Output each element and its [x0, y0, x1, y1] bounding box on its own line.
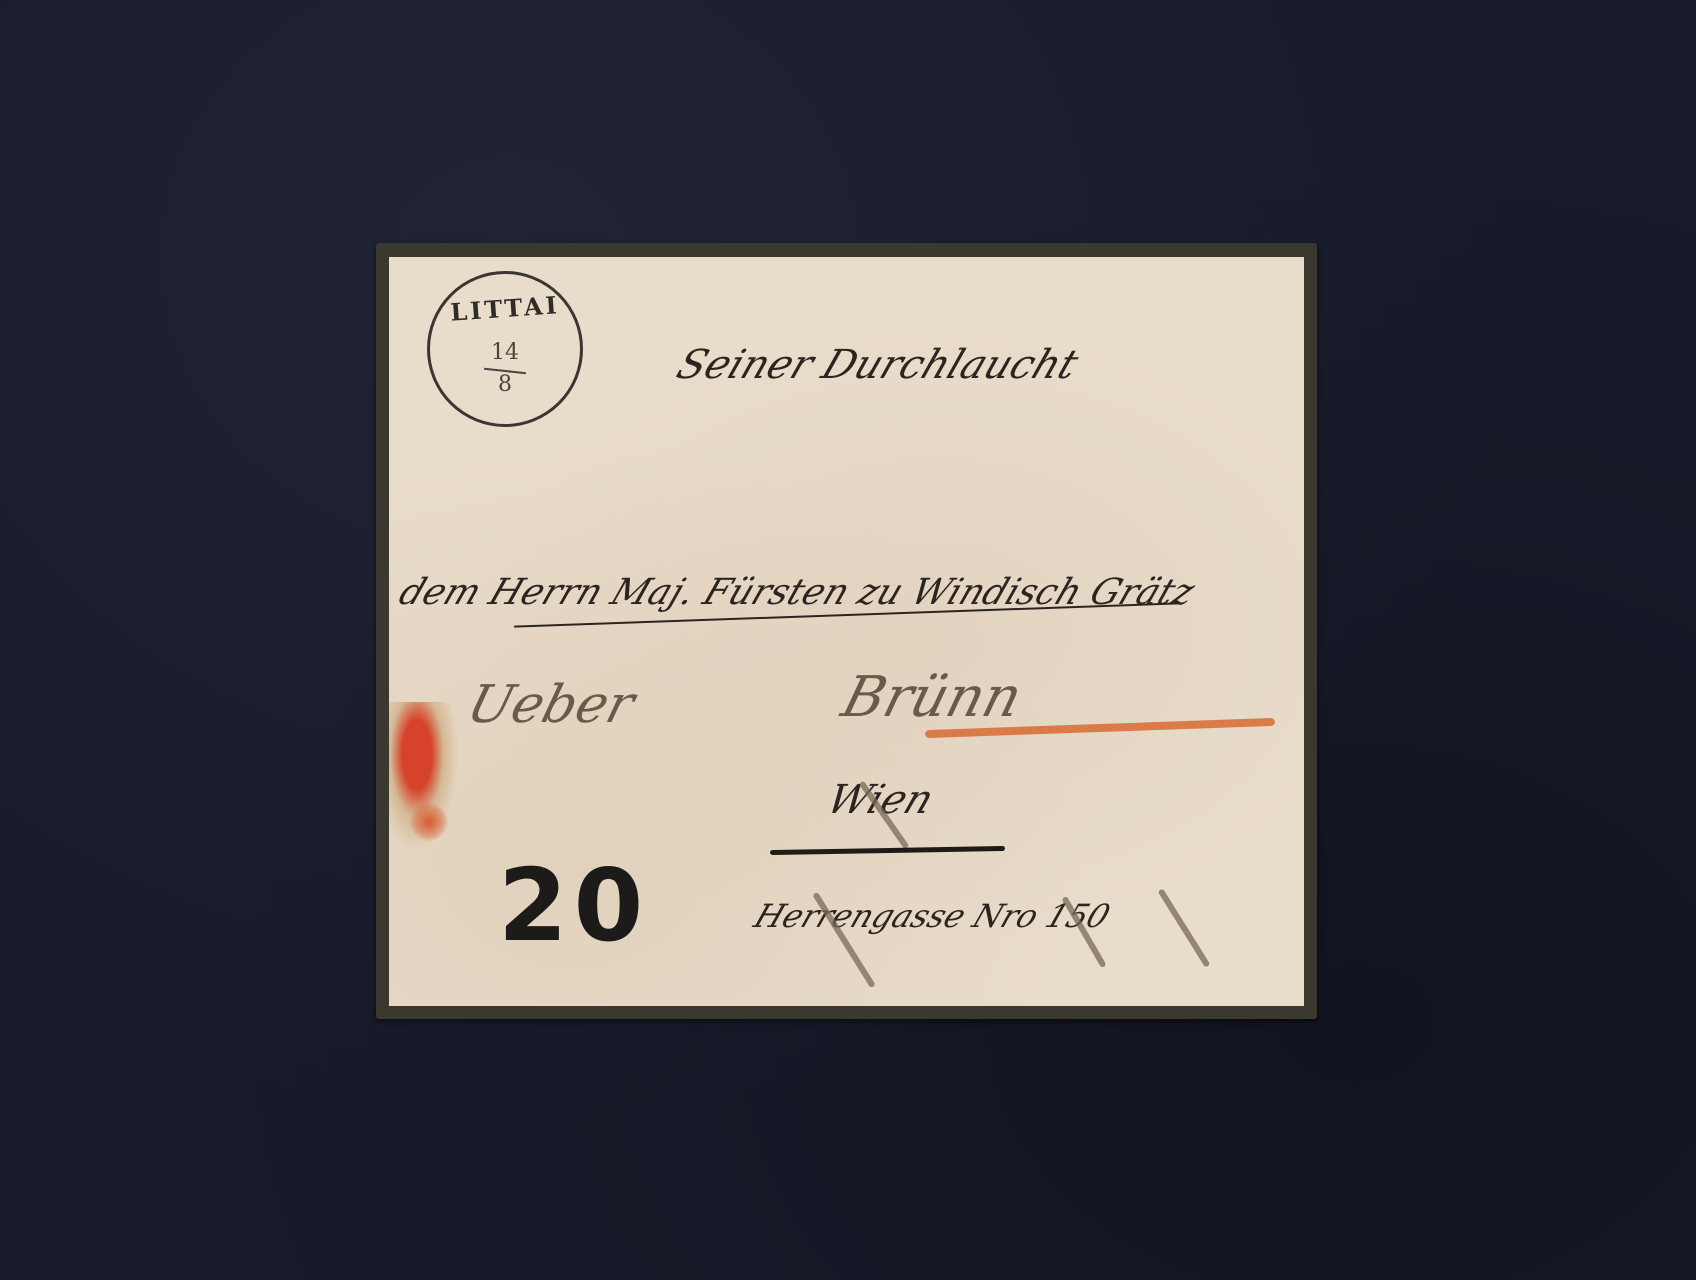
postmark-month: 8: [430, 372, 580, 397]
envelope: LITTAI 14 8 Seiner Durchlaucht dem Herrn…: [376, 243, 1317, 1019]
street-cancel-stroke-3: [1158, 888, 1211, 968]
forwarding-city: Brünn: [835, 665, 1029, 730]
envelope-face: LITTAI 14 8 Seiner Durchlaucht dem Herrn…: [389, 257, 1304, 1006]
city-underline: [770, 846, 1005, 855]
postmark-day: 14: [430, 340, 580, 365]
postmark: LITTAI 14 8: [427, 271, 583, 427]
postmark-town: LITTAI: [429, 289, 581, 328]
forwarding-note: Ueber: [461, 675, 641, 735]
original-street: Herrengasse Nro 150: [749, 897, 1115, 935]
postage-due-marking: 20: [498, 847, 649, 964]
wax-seal-drip: [409, 802, 449, 842]
honorific-line: Seiner Durchlaucht: [671, 342, 1085, 388]
